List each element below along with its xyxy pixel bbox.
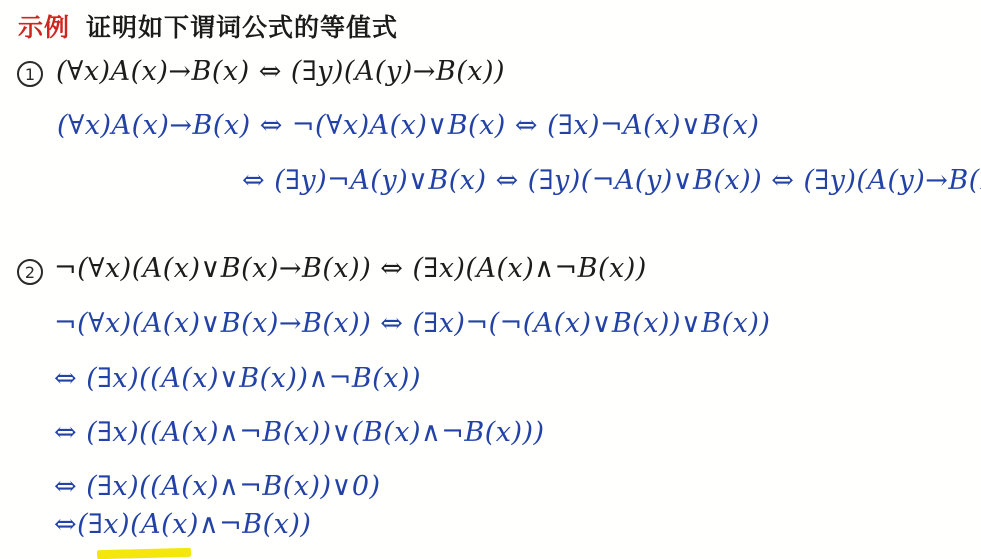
lecture-slide: 示例证明如下谓词公式的等值式 1 (∀x)A(x)→B(x) ⇔ (∃y)(A(…	[0, 0, 981, 559]
item-2-derivation-line-3: ⇔ (∃x)((A(x)∧¬B(x))∨(B(x)∧¬B(x)))	[54, 417, 545, 448]
page-title-text: 证明如下谓词公式的等值式	[86, 14, 398, 42]
item-2-number-badge: 2	[17, 259, 43, 285]
item-2-derivation-line-2: ⇔ (∃x)((A(x)∨B(x))∧¬B(x))	[54, 363, 421, 394]
page-title: 示例证明如下谓词公式的等值式	[18, 8, 398, 44]
item-2-statement: ¬(∀x)(A(x)∨B(x)→B(x)) ⇔ (∃x)(A(x)∧¬B(x))	[54, 253, 647, 284]
highlight-underline	[97, 548, 191, 559]
item-1-derivation-line-2: ⇔ (∃y)¬A(y)∨B(x) ⇔ (∃y)(¬A(y)∨B(x)) ⇔ (∃…	[242, 165, 981, 196]
example-tag: 示例	[18, 14, 70, 42]
item-1-derivation-line-1: (∀x)A(x)→B(x) ⇔ ¬(∀x)A(x)∨B(x) ⇔ (∃x)¬A(…	[57, 110, 759, 141]
item-1-number-badge: 1	[17, 61, 43, 87]
item-1-statement: (∀x)A(x)→B(x) ⇔ (∃y)(A(y)→B(x))	[56, 56, 505, 87]
item-2-derivation-line-1: ¬(∀x)(A(x)∨B(x)→B(x)) ⇔ (∃x)¬(¬(A(x)∨B(x…	[54, 308, 770, 339]
item-2-derivation-line-5: ⇔(∃x)(A(x)∧¬B(x))	[54, 509, 311, 540]
item-2-derivation-line-4: ⇔ (∃x)((A(x)∧¬B(x))∨0)	[54, 471, 381, 502]
